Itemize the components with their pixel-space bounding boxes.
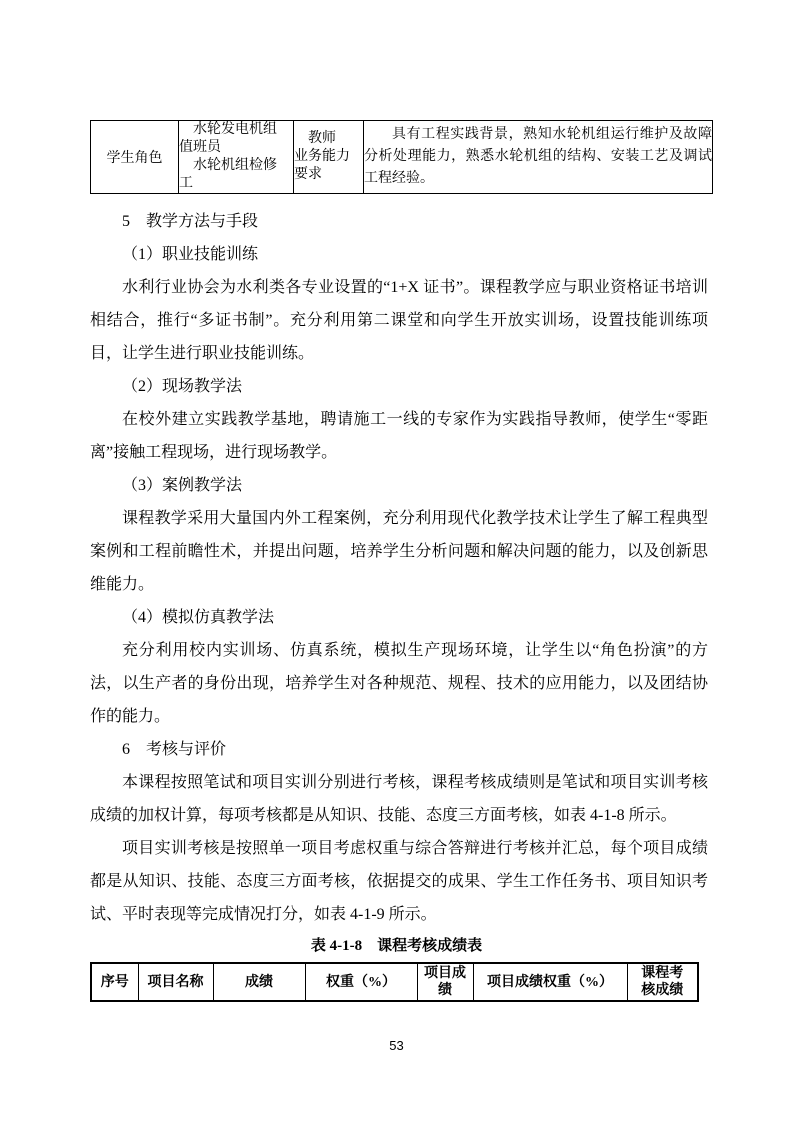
grade-table-header-score: 成绩 <box>213 963 305 1001</box>
table-caption: 表 4-1-8 课程考核成绩表 <box>0 930 793 962</box>
grade-table-header-row: 序号 项目名称 成绩 权重（%） 项目成 绩 项目成绩权重（%） 课程考 核成绩 <box>91 963 698 1001</box>
student-role-label-cell: 学生角色 <box>91 121 179 194</box>
subheading-2: （2）现场教学法 <box>90 370 708 403</box>
subheading-1: （1）职业技能训练 <box>90 238 708 271</box>
grade-table-header-weight: 权重（%） <box>305 963 417 1001</box>
subheading-3: （3）案例教学法 <box>90 469 708 502</box>
heading-section-6: 6 考核与评价 <box>90 733 708 766</box>
table-row: 学生角色 水轮发电机组 值班员 水轮机组检修 工 教师 业务能力 要求 具有工程… <box>91 121 713 194</box>
student-role-values-cell: 水轮发电机组 值班员 水轮机组检修 工 <box>179 121 294 194</box>
grade-table: 序号 项目名称 成绩 权重（%） 项目成 绩 项目成绩权重（%） 课程考 核成绩 <box>90 962 699 1002</box>
paragraph-project-assessment: 项目实训考核是按照单一项目考虑权重与综合答辩进行考核并汇总，每个项目成绩都是从知… <box>90 832 708 931</box>
page-number: 53 <box>0 1038 793 1053</box>
paragraph-onsite-teaching: 在校外建立实践教学基地，聘请施工一线的专家作为实践指导教师，使学生“零距离”接触… <box>90 403 708 469</box>
document-body: 5 教学方法与手段 （1）职业技能训练 水利行业协会为水利类各专业设置的“1+X… <box>90 205 708 931</box>
teacher-requirements-table: 学生角色 水轮发电机组 值班员 水轮机组检修 工 教师 业务能力 要求 具有工程… <box>90 120 713 194</box>
teacher-ability-label-cell: 教师 业务能力 要求 <box>294 121 364 194</box>
grade-table-header-project-score: 项目成 绩 <box>417 963 473 1001</box>
grade-table-header-index: 序号 <box>91 963 138 1001</box>
paragraph-simulation-teaching: 充分利用校内实训场、仿真系统，模拟生产现场环境，让学生以“角色扮演”的方法，以生… <box>90 634 708 733</box>
heading-section-5: 5 教学方法与手段 <box>90 205 708 238</box>
paragraph-case-teaching: 课程教学采用大量国内外工程案例，充分利用现代化教学技术让学生了解工程典型案例和工… <box>90 502 708 601</box>
teacher-requirement-cell: 具有工程实践背景，熟知水轮机组运行维护及故障分析处理能力，熟悉水轮机组的结构、安… <box>364 121 713 194</box>
grade-table-header-course-score: 课程考 核成绩 <box>627 963 698 1001</box>
document-page: 学生角色 水轮发电机组 值班员 水轮机组检修 工 教师 业务能力 要求 具有工程… <box>0 0 793 1122</box>
subheading-4: （4）模拟仿真教学法 <box>90 601 708 634</box>
grade-table-header-project-name: 项目名称 <box>138 963 213 1001</box>
paragraph-assessment-overview: 本课程按照笔试和项目实训分别进行考核，课程考核成绩则是笔试和项目实训考核成绩的加… <box>90 766 708 832</box>
grade-table-header-project-score-weight: 项目成绩权重（%） <box>473 963 627 1001</box>
paragraph-vocational-training: 水利行业协会为水利类各专业设置的“1+X 证书”。课程教学应与职业资格证书培训相… <box>90 271 708 370</box>
